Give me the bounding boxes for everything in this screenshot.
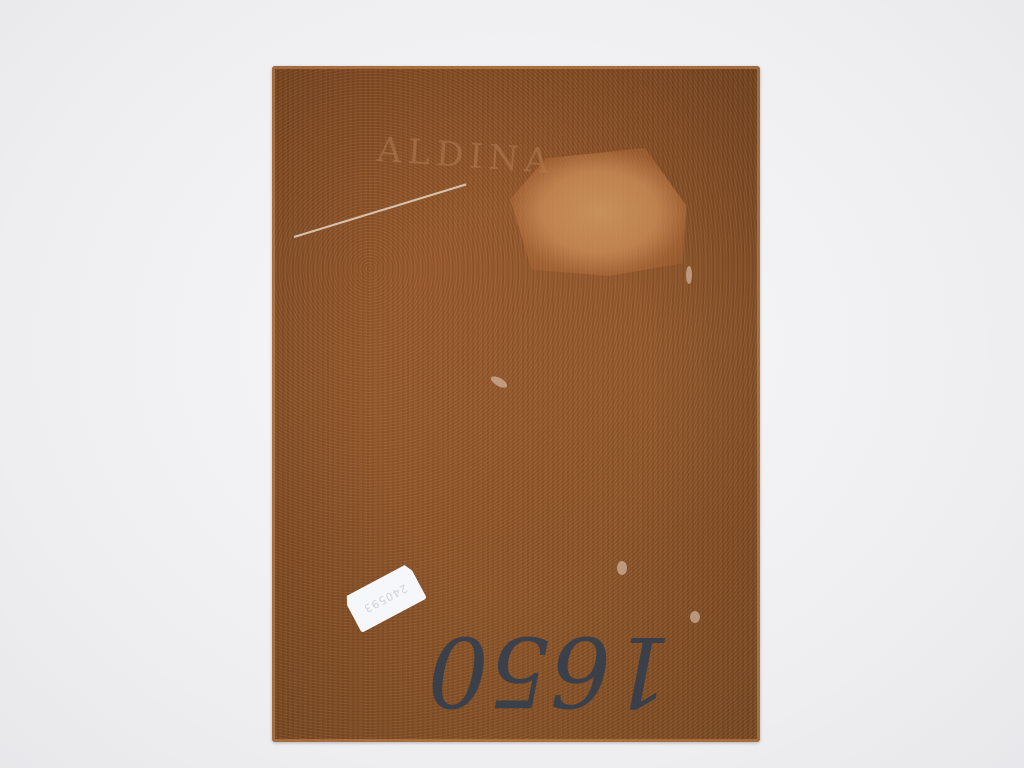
handwritten-date: 1650 <box>472 596 672 742</box>
wooden-panel-back: ALDINA 240593 1650 <box>272 66 760 742</box>
inventory-label-text: 240593 <box>361 581 409 615</box>
handwritten-date-text: 1650 <box>472 596 672 742</box>
paint-spot <box>690 611 700 623</box>
paint-spot <box>686 266 692 284</box>
paint-spot <box>617 561 627 575</box>
